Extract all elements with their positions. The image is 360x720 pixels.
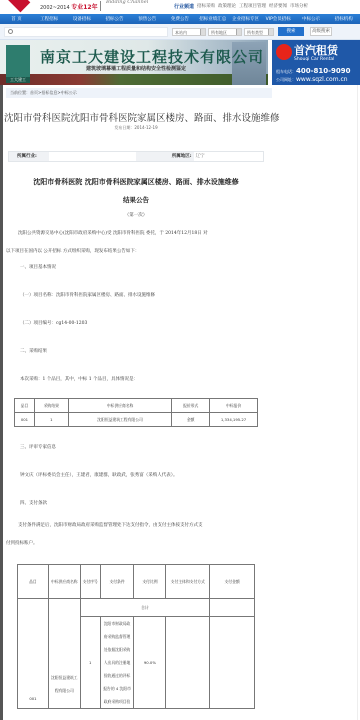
table-cell: [210, 599, 255, 617]
project-name: （一）项目名称：沈阳市骨科医院家属区楼房、路面、排水设施维修: [20, 290, 276, 302]
advanced-search-button[interactable]: 高级搜索: [310, 27, 332, 36]
table-header: 支付条件: [100, 565, 134, 599]
nav-item[interactable]: 招标机构: [327, 16, 360, 22]
table-cell: 沈阳恒益建筑工程有限公司: [48, 599, 80, 709]
table-header: 中标供应商名称: [68, 399, 171, 413]
table-cell: 001: [15, 413, 35, 427]
table-header: 品目: [18, 565, 49, 599]
table-cell: 金额: [172, 413, 210, 427]
meta-row: 所属行业: 所属地区: 辽宁: [8, 151, 264, 162]
doc-title: 沈阳市骨科医院 沈阳市骨科医院家属区楼房、路面、排水设施维修: [4, 177, 268, 187]
section-heading: 四、支付条款: [20, 498, 276, 510]
industry-value: [49, 152, 136, 161]
table-cell: [166, 617, 210, 709]
breadcrumb: 当前位置：首页>招标信息>中标公示: [6, 88, 272, 98]
type-select[interactable]: 所有类型: [244, 28, 274, 36]
ad-phone: 租车电话：400-810-9090: [276, 67, 351, 75]
top-link[interactable]: 行业频道: [174, 3, 194, 10]
banner-image: [0, 74, 268, 85]
project-number: （二）项目编号：cg14-00-1203: [20, 318, 276, 330]
search-input[interactable]: [4, 27, 168, 37]
ad-logo-icon: [276, 44, 292, 60]
payment-paragraph-cont: 付到投标账户。: [6, 538, 262, 550]
nav-item[interactable]: 中标公示: [295, 16, 328, 22]
intro-paragraph: 沈阳公共资源交易中心(沈阳市政府采购中心)受 沈阳市骨科医院 委托，于 2014…: [8, 228, 264, 240]
years-label: 2002~2014 专业12年: [40, 2, 98, 11]
nav-item[interactable]: 招标公告: [98, 16, 131, 22]
result-summary: 本次采购：1 个品目，其中，中标 1 个品目，具体情况是：: [20, 374, 276, 386]
page-title: 沈阳市骨科医院沈阳市骨科医院家属区楼房、路面、排水设施维修: [4, 110, 268, 124]
table-cell: [210, 617, 255, 709]
site-logo-icon[interactable]: [8, 0, 31, 12]
region-select[interactable]: 所有地区: [208, 28, 242, 36]
chevron-down-icon: [236, 29, 241, 35]
company-logo-icon: [6, 45, 30, 77]
table-header: 支付主体和支付方式: [166, 565, 210, 599]
table-header-row: 品目 采购结果 中标供应商名称 报价形式 中标报价: [15, 399, 258, 413]
ad-english: Shouqi Car Rental: [294, 57, 334, 62]
search-icon: [8, 29, 13, 34]
chevron-down-icon: [200, 29, 205, 35]
company-banner[interactable]: 工大建工 南京工大建设工程技术有限公司 建筑玻璃幕墙工程质量和结构安全性检测鉴定: [0, 40, 268, 85]
table-cell: 1,334,195.27: [210, 413, 258, 427]
table-cell: 001: [18, 599, 49, 709]
table-header: 支付金额: [210, 565, 255, 599]
table-header: 中标报价: [210, 399, 258, 413]
banner-subtitle: 建筑玻璃幕墙工程质量和结构安全性检测鉴定: [86, 65, 186, 72]
doc-subtitle: 结果公告: [4, 195, 268, 204]
channel-label: Bidding Channel: [106, 0, 148, 5]
payment-table: 品目 中标供应商名称 支付序号 支付条件 支付比例 支付主体和支付方式 支付金额…: [17, 564, 255, 709]
divider: [100, 1, 101, 11]
table-cell: 沈阳市财政局政 府采购监督管理 处依据沈阳采购 人出具的注册地 验收通过的评标 …: [100, 617, 134, 709]
ad-banner[interactable]: 首汽租赁 Shouqi Car Rental 租车电话：400-810-9090…: [272, 40, 360, 85]
chevron-down-icon: [268, 29, 273, 35]
ad-title: 首汽租赁: [294, 42, 338, 58]
top-link[interactable]: 工程项目管理: [239, 3, 266, 10]
ad-website: 公司网址：www.sqzl.com.cn: [276, 76, 348, 83]
experts-list: 钟文庆（评标委员会主任），王建君，康建群，耿政武，张秀富（采购人代表）。: [20, 470, 276, 482]
nav-item-home[interactable]: 首 页: [0, 16, 33, 22]
search-button[interactable]: 搜索: [278, 27, 304, 36]
region-label: 所属地区:: [136, 152, 194, 161]
region-value: 辽宁: [194, 152, 263, 161]
section-heading: 一、项目基本情况: [20, 262, 276, 274]
nav-item[interactable]: 设备招标: [65, 16, 98, 22]
table-header: 报价形式: [172, 399, 210, 413]
top-header: 2002~2014 专业12年 Bidding Channel 行业频道 招标采…: [0, 0, 360, 14]
table-header: 采购结果: [34, 399, 68, 413]
table-cell: 90.0%: [134, 617, 166, 709]
table-row: 001 1 沈阳恒益建筑工程有限公司 金额 1,334,195.27: [15, 413, 258, 427]
table-row: 001 沈阳恒益建筑工程有限公司 合计: [18, 599, 255, 617]
nav-item[interactable]: 免费公告: [164, 16, 197, 22]
table-cell: 1: [34, 413, 68, 427]
nav-item[interactable]: 预售公告: [131, 16, 164, 22]
intro-paragraph-cont: 以下项目在国内以 公开招标 方式组织采购，现发布结果公告如下：: [6, 246, 262, 258]
nav-item[interactable]: 企业招标专区: [229, 16, 262, 22]
table-cell: 1: [80, 617, 100, 709]
search-bar: 本站内 所有地区 所有类型 搜索 高级搜索: [0, 24, 360, 40]
doc-sequence: （第一次）: [4, 212, 268, 218]
right-sidebar: [272, 85, 358, 720]
table-total: 合计: [80, 599, 209, 617]
top-link[interactable]: 招标采购: [197, 3, 215, 10]
table-cell: 沈阳恒益建筑工程有限公司: [68, 413, 171, 427]
scope-select[interactable]: 本站内: [172, 28, 206, 36]
main-nav: 首 页 工程招标 设备招标 招标公告 预售公告 免费公告 招标业绩汇总 企业招标…: [0, 14, 360, 24]
nav-item[interactable]: VIP会员招标: [262, 16, 295, 22]
nav-item[interactable]: 招标业绩汇总: [196, 16, 229, 22]
top-links: 行业频道 招标采购 政策理论 工程项目管理 经济要闻 市场分析: [174, 3, 308, 10]
top-link[interactable]: 经济要闻: [269, 3, 287, 10]
payment-paragraph: 支付条件满足后，沈阳市财政局政府采购监督管理处下达支付指令，由支付主体按支付方式…: [8, 520, 264, 532]
table-header: 中标供应商名称: [48, 565, 80, 599]
publish-date: 发布日期：2014-12-19: [4, 125, 268, 131]
banner-title: 南京工大建设工程技术有限公司: [40, 46, 264, 67]
result-table: 品目 采购结果 中标供应商名称 报价形式 中标报价 001 1 沈阳恒益建筑工程…: [14, 398, 258, 427]
table-header: 支付比例: [134, 565, 166, 599]
top-link[interactable]: 市场分析: [290, 3, 308, 10]
company-logo-text: 工大建工: [6, 77, 30, 83]
nav-item[interactable]: 工程招标: [33, 16, 66, 22]
section-heading: 二、采购结果: [20, 346, 276, 358]
table-header: 支付序号: [80, 565, 100, 599]
top-link[interactable]: 政策理论: [218, 3, 236, 10]
section-heading: 三、评审专家信息: [20, 442, 276, 454]
table-header: 品目: [15, 399, 35, 413]
industry-label: 所属行业:: [9, 152, 49, 161]
table-header-row: 品目 中标供应商名称 支付序号 支付条件 支付比例 支付主体和支付方式 支付金额: [18, 565, 255, 599]
